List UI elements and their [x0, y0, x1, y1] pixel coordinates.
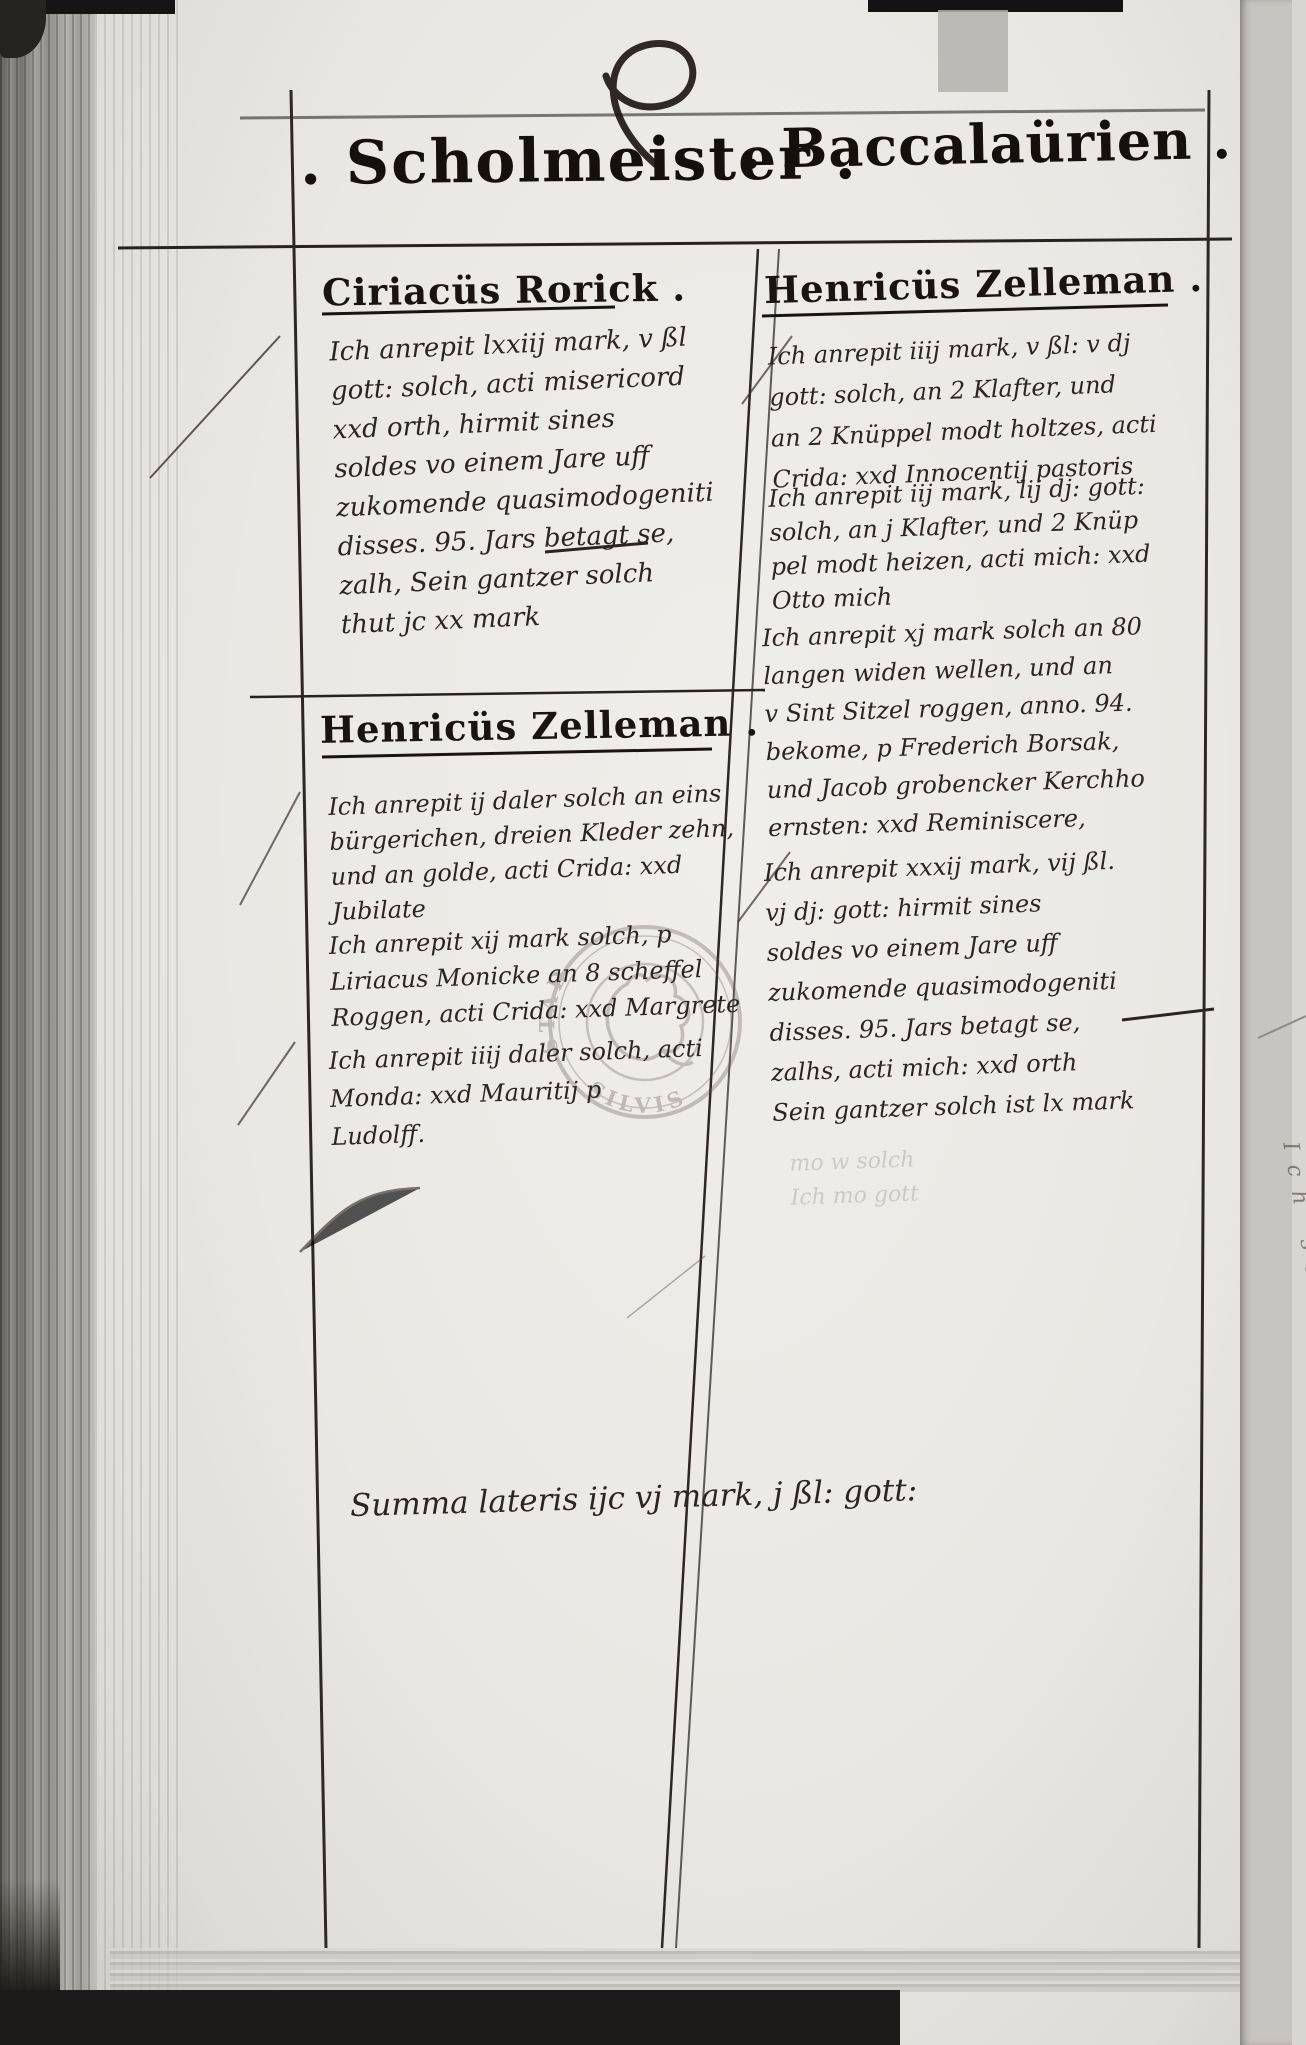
manuscript-scan: STAD SILVIS . Scholmeister . . Baccalaür…	[0, 0, 1306, 2045]
entry-block-right-2: Ich anrepit iij mark, lij dj: gott:solch…	[768, 466, 1222, 618]
entry-block-left-3: Ich anrepit xij mark solch, pLiriacus Mo…	[328, 912, 791, 1036]
entry-block-left-2: Ich anrepit ij daler solch an einsbürger…	[328, 774, 793, 930]
rule-left-section-divider	[250, 690, 765, 697]
pen-flourish-6	[300, 1188, 420, 1252]
entry-block-left-1: Ich anrepit lxxiij mark, v ßlgott: solch…	[329, 315, 792, 646]
header-baccalaurien: . Baccalaürien .	[741, 107, 1232, 181]
pen-flourish-3	[238, 1042, 295, 1125]
entry-block-right-4: Ich anrepit xxxij mark, vij ßl.vj dj: go…	[763, 837, 1227, 1133]
bleed-through-ghost-lines: mo w solchIch mo gott	[789, 1136, 1121, 1215]
edge-crease	[1258, 1016, 1306, 1038]
entry-heading-zelleman-left: Henricüs Zelleman .	[320, 700, 760, 752]
column-rule-left	[291, 90, 326, 1948]
entry-heading-ciriacus-rorick: Ciriacüs Rorick .	[322, 265, 687, 314]
pen-flourish-2	[240, 792, 300, 905]
entry-block-right-3: Ich anrepit xj mark solch an 80langen wi…	[762, 605, 1224, 847]
pen-flourish-1	[150, 336, 280, 478]
rule-header-bottom	[118, 239, 1232, 248]
entry-block-left-4: Ich anrepit iiij daler solch, actiMonda:…	[328, 1026, 792, 1156]
scratch-mark	[627, 1256, 705, 1318]
